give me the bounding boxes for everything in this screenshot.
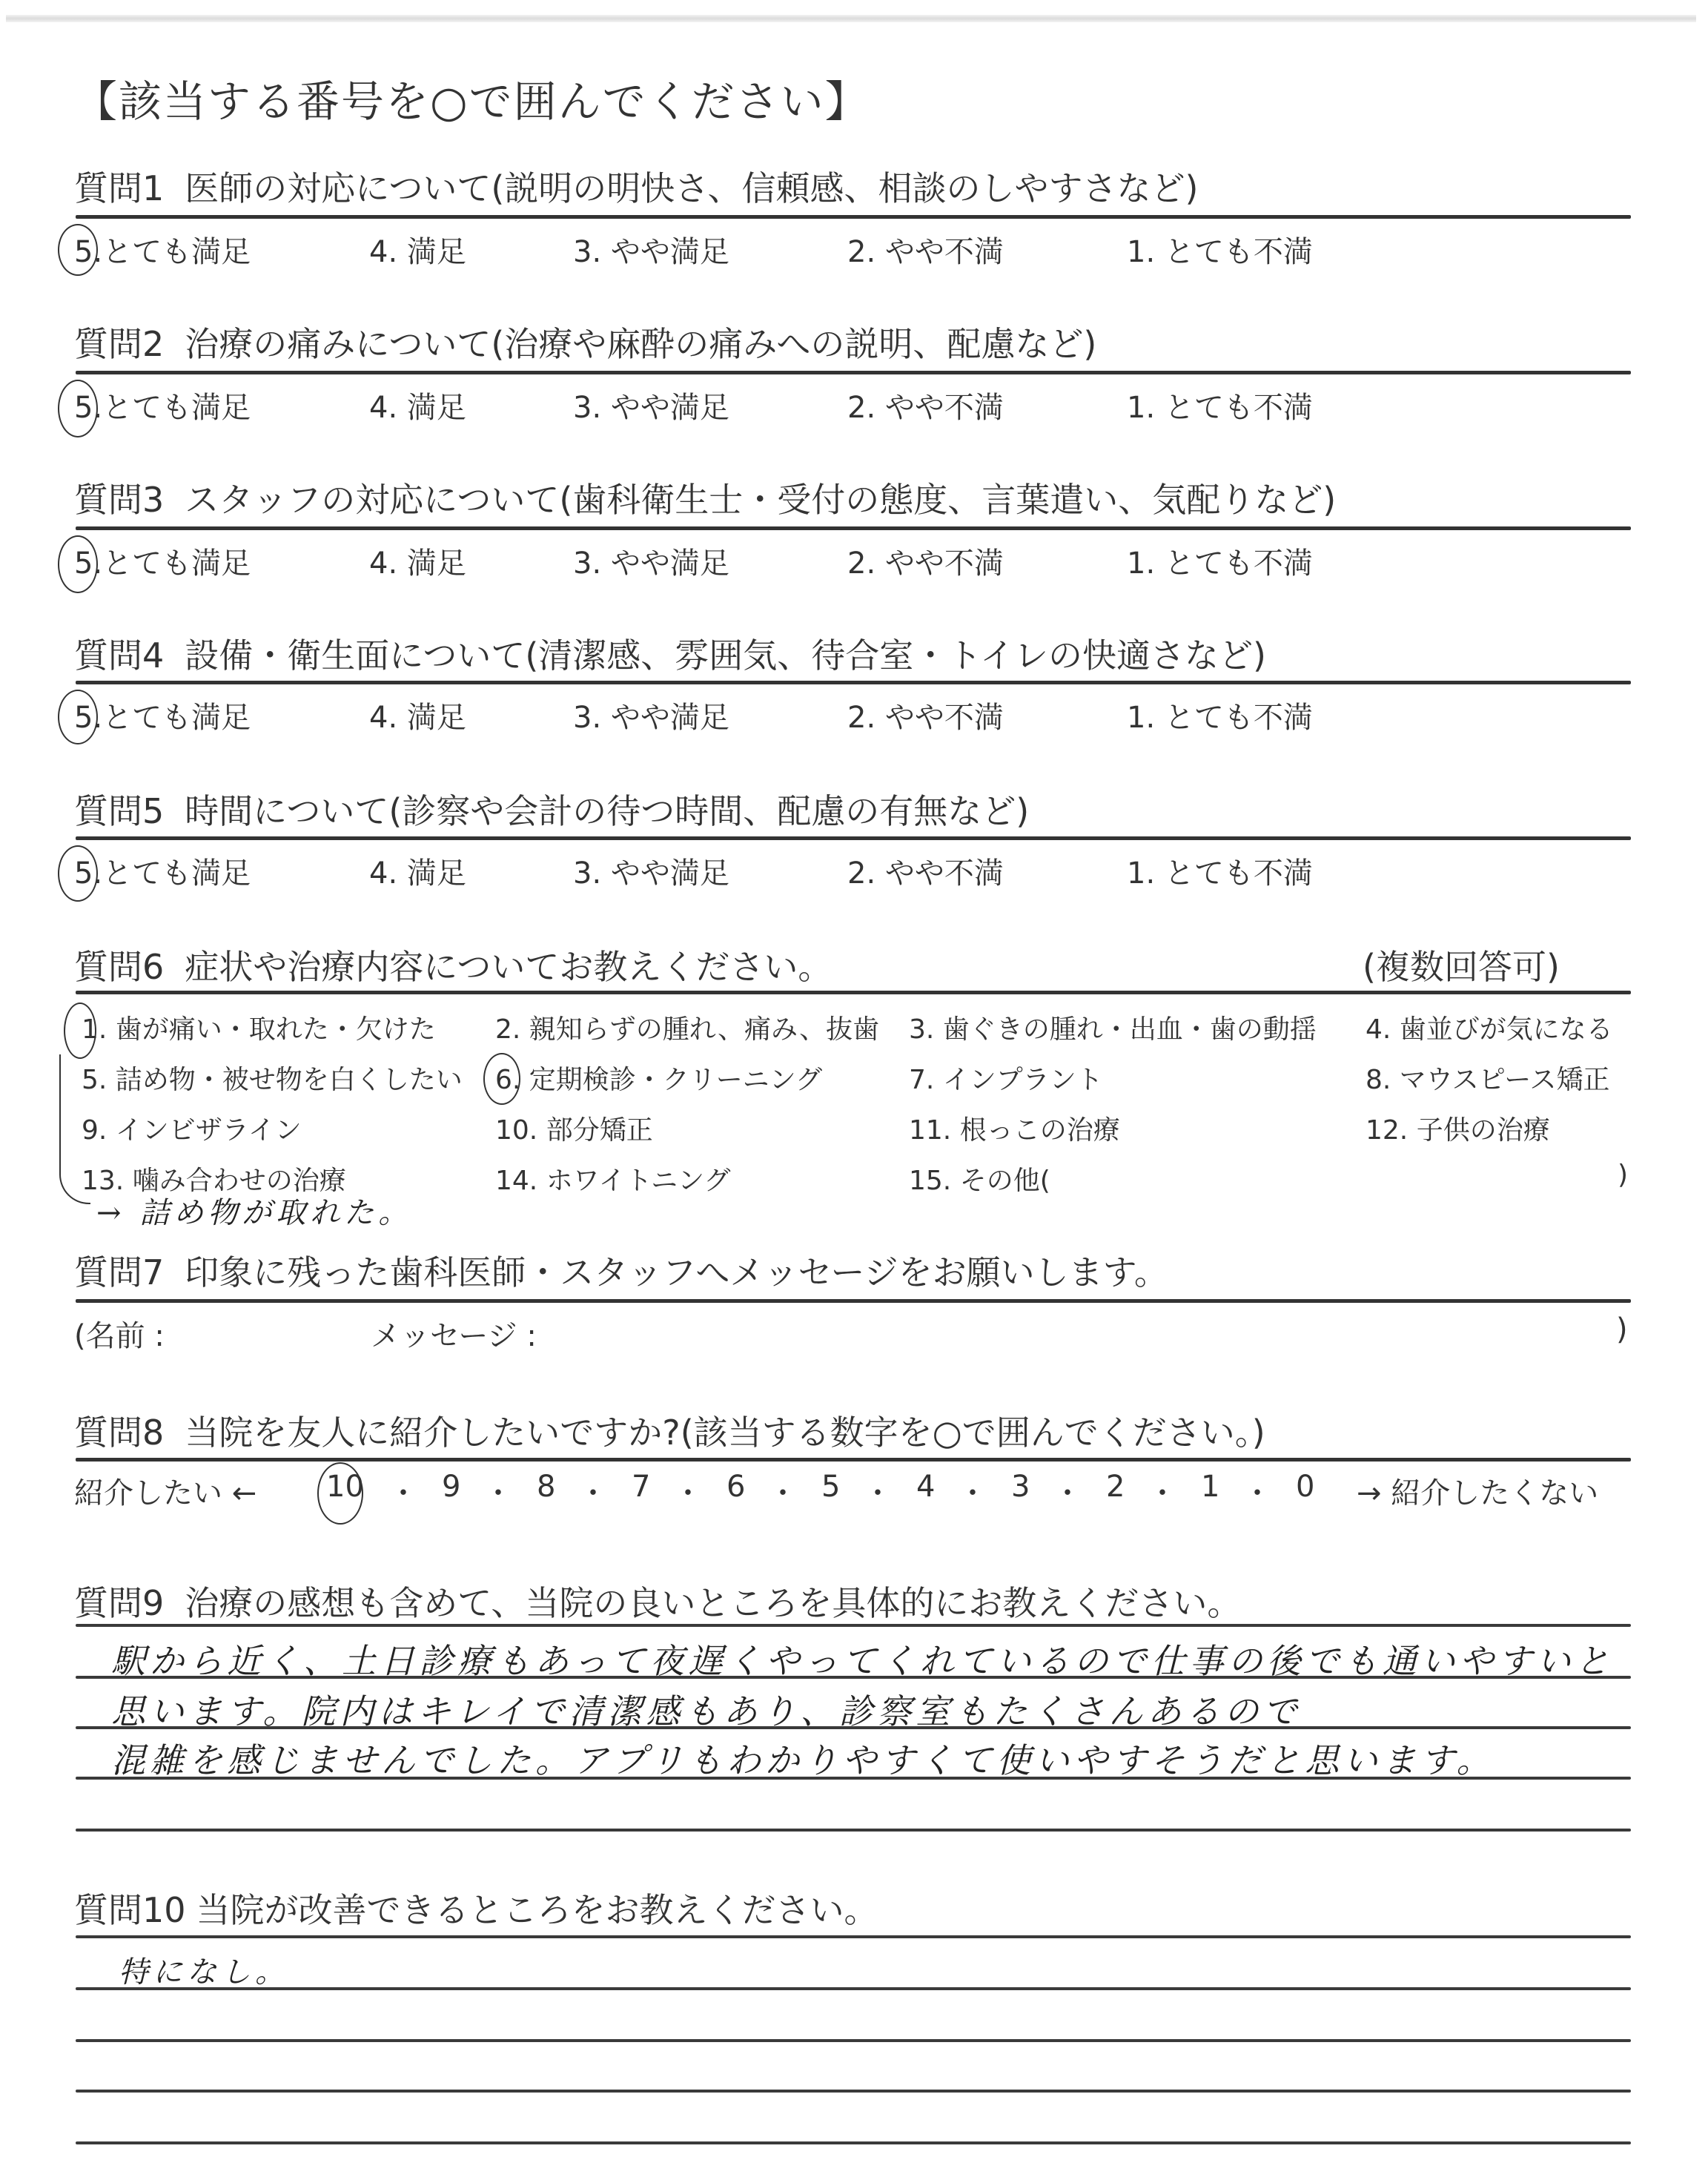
option-3[interactable]: 3. やや満足: [573, 850, 729, 892]
scale-1[interactable]: 1: [1201, 1470, 1219, 1504]
option-2[interactable]: 2. やや不満: [847, 384, 1004, 426]
question-2-heading: 質問2治療の痛みについて(治療や麻酔の痛みへの説明、配慮など): [74, 317, 1096, 366]
scale-dot: ・: [388, 1470, 418, 1512]
divider: [76, 526, 1631, 530]
scale-2[interactable]: 2: [1106, 1470, 1125, 1504]
scale-dot: ・: [483, 1470, 513, 1512]
question-8-heading: 質問8当院を友人に紹介したいですか?(該当する数字を○で囲んでください。): [74, 1406, 1265, 1455]
scale-6[interactable]: 6: [726, 1470, 745, 1504]
divider: [76, 371, 1631, 374]
scale-8[interactable]: 8: [537, 1470, 555, 1504]
answer-q9-line-3: 混雑を感じませんでした。アプリもわかりやすくて使いやすそうだと思います。: [111, 1734, 1494, 1783]
message-label: メッセージ :: [371, 1312, 537, 1355]
option-4[interactable]: 4. 満足: [369, 384, 466, 426]
divider: [76, 681, 1631, 684]
other-close-paren: ): [1618, 1160, 1628, 1190]
option-1[interactable]: 1. とても不満: [1127, 850, 1313, 892]
handwritten-arrow: [59, 1054, 90, 1204]
divider: [76, 836, 1631, 840]
symptom-option-7[interactable]: 7. インプラント: [909, 1059, 1103, 1097]
symptom-option-9[interactable]: 9. インビザライン: [82, 1109, 302, 1147]
divider: [76, 1299, 1631, 1303]
multiple-answer-note: (複数回答可): [1363, 940, 1560, 989]
symptom-option-6[interactable]: 6. 定期検診・クリーニング: [495, 1059, 822, 1097]
option-3[interactable]: 3. やや満足: [573, 540, 729, 582]
handwritten-note-q6: → 詰め物が取れた。: [96, 1189, 412, 1232]
option-5[interactable]: 5.とても満足: [74, 850, 251, 892]
symptom-option-2[interactable]: 2. 親知らずの腫れ、痛み、抜歯: [495, 1008, 879, 1046]
symptom-option-15[interactable]: 15. その他(: [909, 1160, 1050, 1198]
answer-line: [76, 1829, 1631, 1832]
question-5-heading: 質問5時間について(診察や会計の待つ時間、配慮の有無など): [74, 785, 1029, 833]
question-3-heading: 質問3スタッフの対応について(歯科衛生士・受付の態度、言葉遣い、気配りなど): [74, 473, 1336, 522]
scale-10[interactable]: 10: [326, 1470, 364, 1504]
divider: [76, 991, 1631, 994]
option-4[interactable]: 4. 満足: [369, 694, 466, 736]
name-label: (名前 :: [74, 1312, 165, 1355]
option-4[interactable]: 4. 満足: [369, 540, 466, 582]
option-2[interactable]: 2. やや不満: [847, 694, 1004, 736]
scale-3[interactable]: 3: [1011, 1470, 1030, 1504]
symptom-option-3[interactable]: 3. 歯ぐきの腫れ・出血・歯の動揺: [909, 1008, 1317, 1046]
scale-9[interactable]: 9: [442, 1470, 460, 1504]
scale-5[interactable]: 5: [821, 1470, 840, 1504]
option-5[interactable]: 5.とても満足: [74, 384, 251, 426]
option-4[interactable]: 4. 満足: [369, 228, 466, 271]
answer-line: [76, 1987, 1631, 1990]
answer-line: [76, 2039, 1631, 2042]
scan-top-edge: [6, 15, 1696, 22]
scale-dot: ・: [958, 1470, 987, 1512]
option-1[interactable]: 1. とても不満: [1127, 384, 1313, 426]
symptom-option-10[interactable]: 10. 部分矯正: [495, 1109, 653, 1147]
symptom-option-5[interactable]: 5. 詰め物・被せ物を白くしたい: [82, 1059, 463, 1097]
close-paren: ): [1616, 1312, 1628, 1347]
question-4-heading: 質問4設備・衛生面について(清潔感、雰囲気、待合室・トイレの快適さなど): [74, 629, 1266, 678]
symptom-option-4[interactable]: 4. 歯並びが気になる: [1366, 1008, 1613, 1046]
recommend-right-label: → 紹介したくない: [1357, 1470, 1598, 1512]
scale-dot: ・: [1148, 1470, 1177, 1512]
option-4[interactable]: 4. 満足: [369, 850, 466, 892]
question-10-heading: 質問10当院が改善できるところをお教えください。: [74, 1883, 878, 1932]
scale-dot: ・: [863, 1470, 893, 1512]
page-title: 【該当する番号を○で囲んでください】: [74, 67, 870, 129]
answer-line: [76, 1935, 1631, 1938]
answer-line: [76, 1777, 1631, 1780]
scale-dot: ・: [1242, 1470, 1272, 1512]
question-1-heading: 質問1医師の対応について(説明の明快さ、信頼感、相談のしやすさなど): [74, 162, 1198, 211]
option-1[interactable]: 1. とても不満: [1127, 540, 1313, 582]
option-1[interactable]: 1. とても不満: [1127, 694, 1313, 736]
option-2[interactable]: 2. やや不満: [847, 850, 1004, 892]
recommend-left-label: 紹介したい ←: [74, 1470, 256, 1512]
answer-line: [76, 1726, 1631, 1729]
option-1[interactable]: 1. とても不満: [1127, 228, 1313, 271]
scale-0[interactable]: 0: [1296, 1470, 1314, 1504]
divider: [76, 1458, 1631, 1462]
answer-line: [76, 1676, 1631, 1679]
scale-dot: ・: [673, 1470, 703, 1512]
option-2[interactable]: 2. やや不満: [847, 540, 1004, 582]
option-5[interactable]: 5.とても満足: [74, 694, 251, 736]
answer-line: [76, 1624, 1631, 1627]
question-7-heading: 質問7印象に残った歯科医師・スタッフへメッセージをお願いします。: [74, 1246, 1168, 1295]
option-3[interactable]: 3. やや満足: [573, 384, 729, 426]
option-5[interactable]: 5.とても満足: [74, 540, 251, 582]
scale-4[interactable]: 4: [916, 1470, 935, 1504]
option-5[interactable]: 5.とても満足: [74, 228, 251, 271]
divider: [76, 215, 1631, 219]
answer-line: [76, 2141, 1631, 2144]
scale-dot: ・: [578, 1470, 608, 1512]
symptom-option-8[interactable]: 8. マウスピース矯正: [1366, 1059, 1609, 1097]
question-6-heading: 質問6症状や治療内容についてお教えください。: [74, 940, 832, 989]
option-2[interactable]: 2. やや不満: [847, 228, 1004, 271]
scale-dot: ・: [1053, 1470, 1082, 1512]
scale-7[interactable]: 7: [632, 1470, 650, 1504]
symptom-option-11[interactable]: 11. 根っこの治療: [909, 1109, 1120, 1147]
answer-q10: 特になし。: [119, 1949, 289, 1991]
answer-line: [76, 2090, 1631, 2093]
option-3[interactable]: 3. やや満足: [573, 694, 729, 736]
symptom-option-14[interactable]: 14. ホワイトニング: [495, 1160, 730, 1198]
question-9-heading: 質問9治療の感想も含めて、当院の良いところを具体的にお教えください。: [74, 1576, 1241, 1625]
symptom-option-12[interactable]: 12. 子供の治療: [1366, 1109, 1550, 1147]
scale-dot: ・: [768, 1470, 798, 1512]
symptom-option-1[interactable]: 1. 歯が痛い・取れた・欠けた: [82, 1008, 436, 1046]
option-3[interactable]: 3. やや満足: [573, 228, 729, 271]
